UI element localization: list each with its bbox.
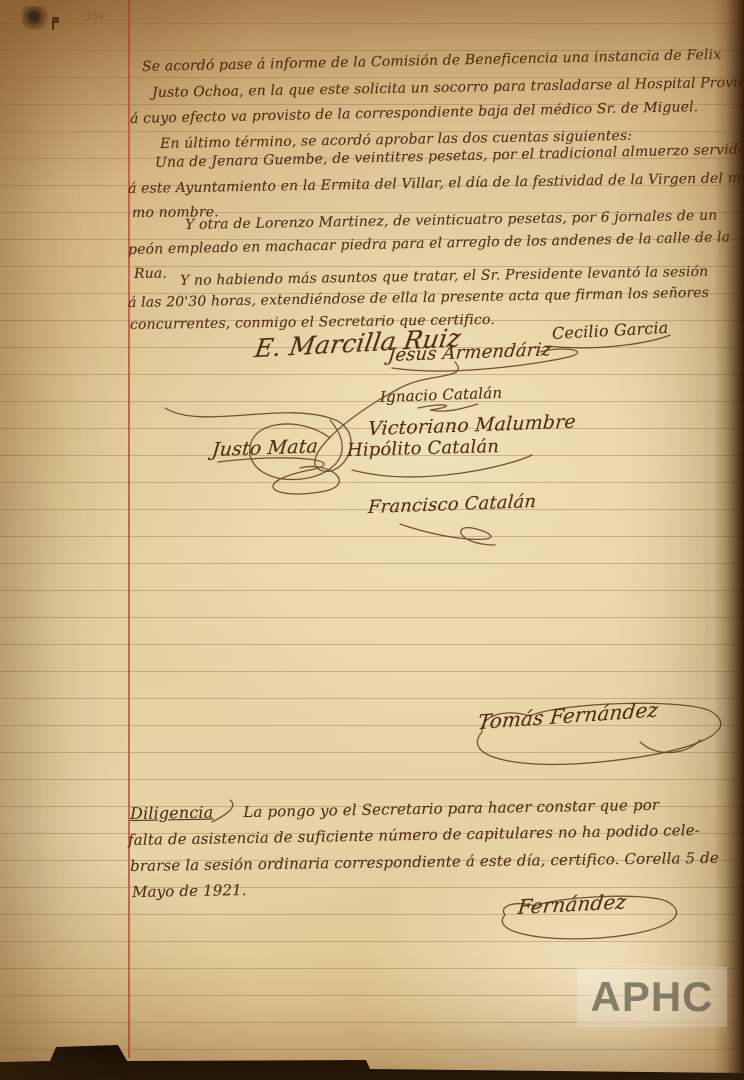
diligencia-line: Mayo de 1921.: [132, 883, 247, 900]
red-margin-line: [128, 0, 130, 1058]
signature-justo-mata: Justo Mata: [211, 437, 319, 460]
signature-hipolito-catalan: Hipólito Catalán: [347, 438, 499, 460]
table-edge-and-clip: [0, 1020, 744, 1080]
page-edge-shadow: [714, 0, 744, 1080]
signature-secretary-final: Fernández: [517, 891, 628, 917]
ink-smudge-icon: [22, 6, 52, 30]
body-line: Rua.: [134, 267, 167, 281]
archive-watermark: APHC: [577, 967, 727, 1027]
signature-ignacio-catalan: Ignacio Catalán: [380, 386, 503, 405]
manuscript-page-photo: 33v Se acordó pase á informe de la Comis…: [0, 0, 744, 1080]
folio-pencil-mark: 33v: [83, 9, 104, 24]
diligencia-label: Diligencia: [130, 803, 214, 823]
